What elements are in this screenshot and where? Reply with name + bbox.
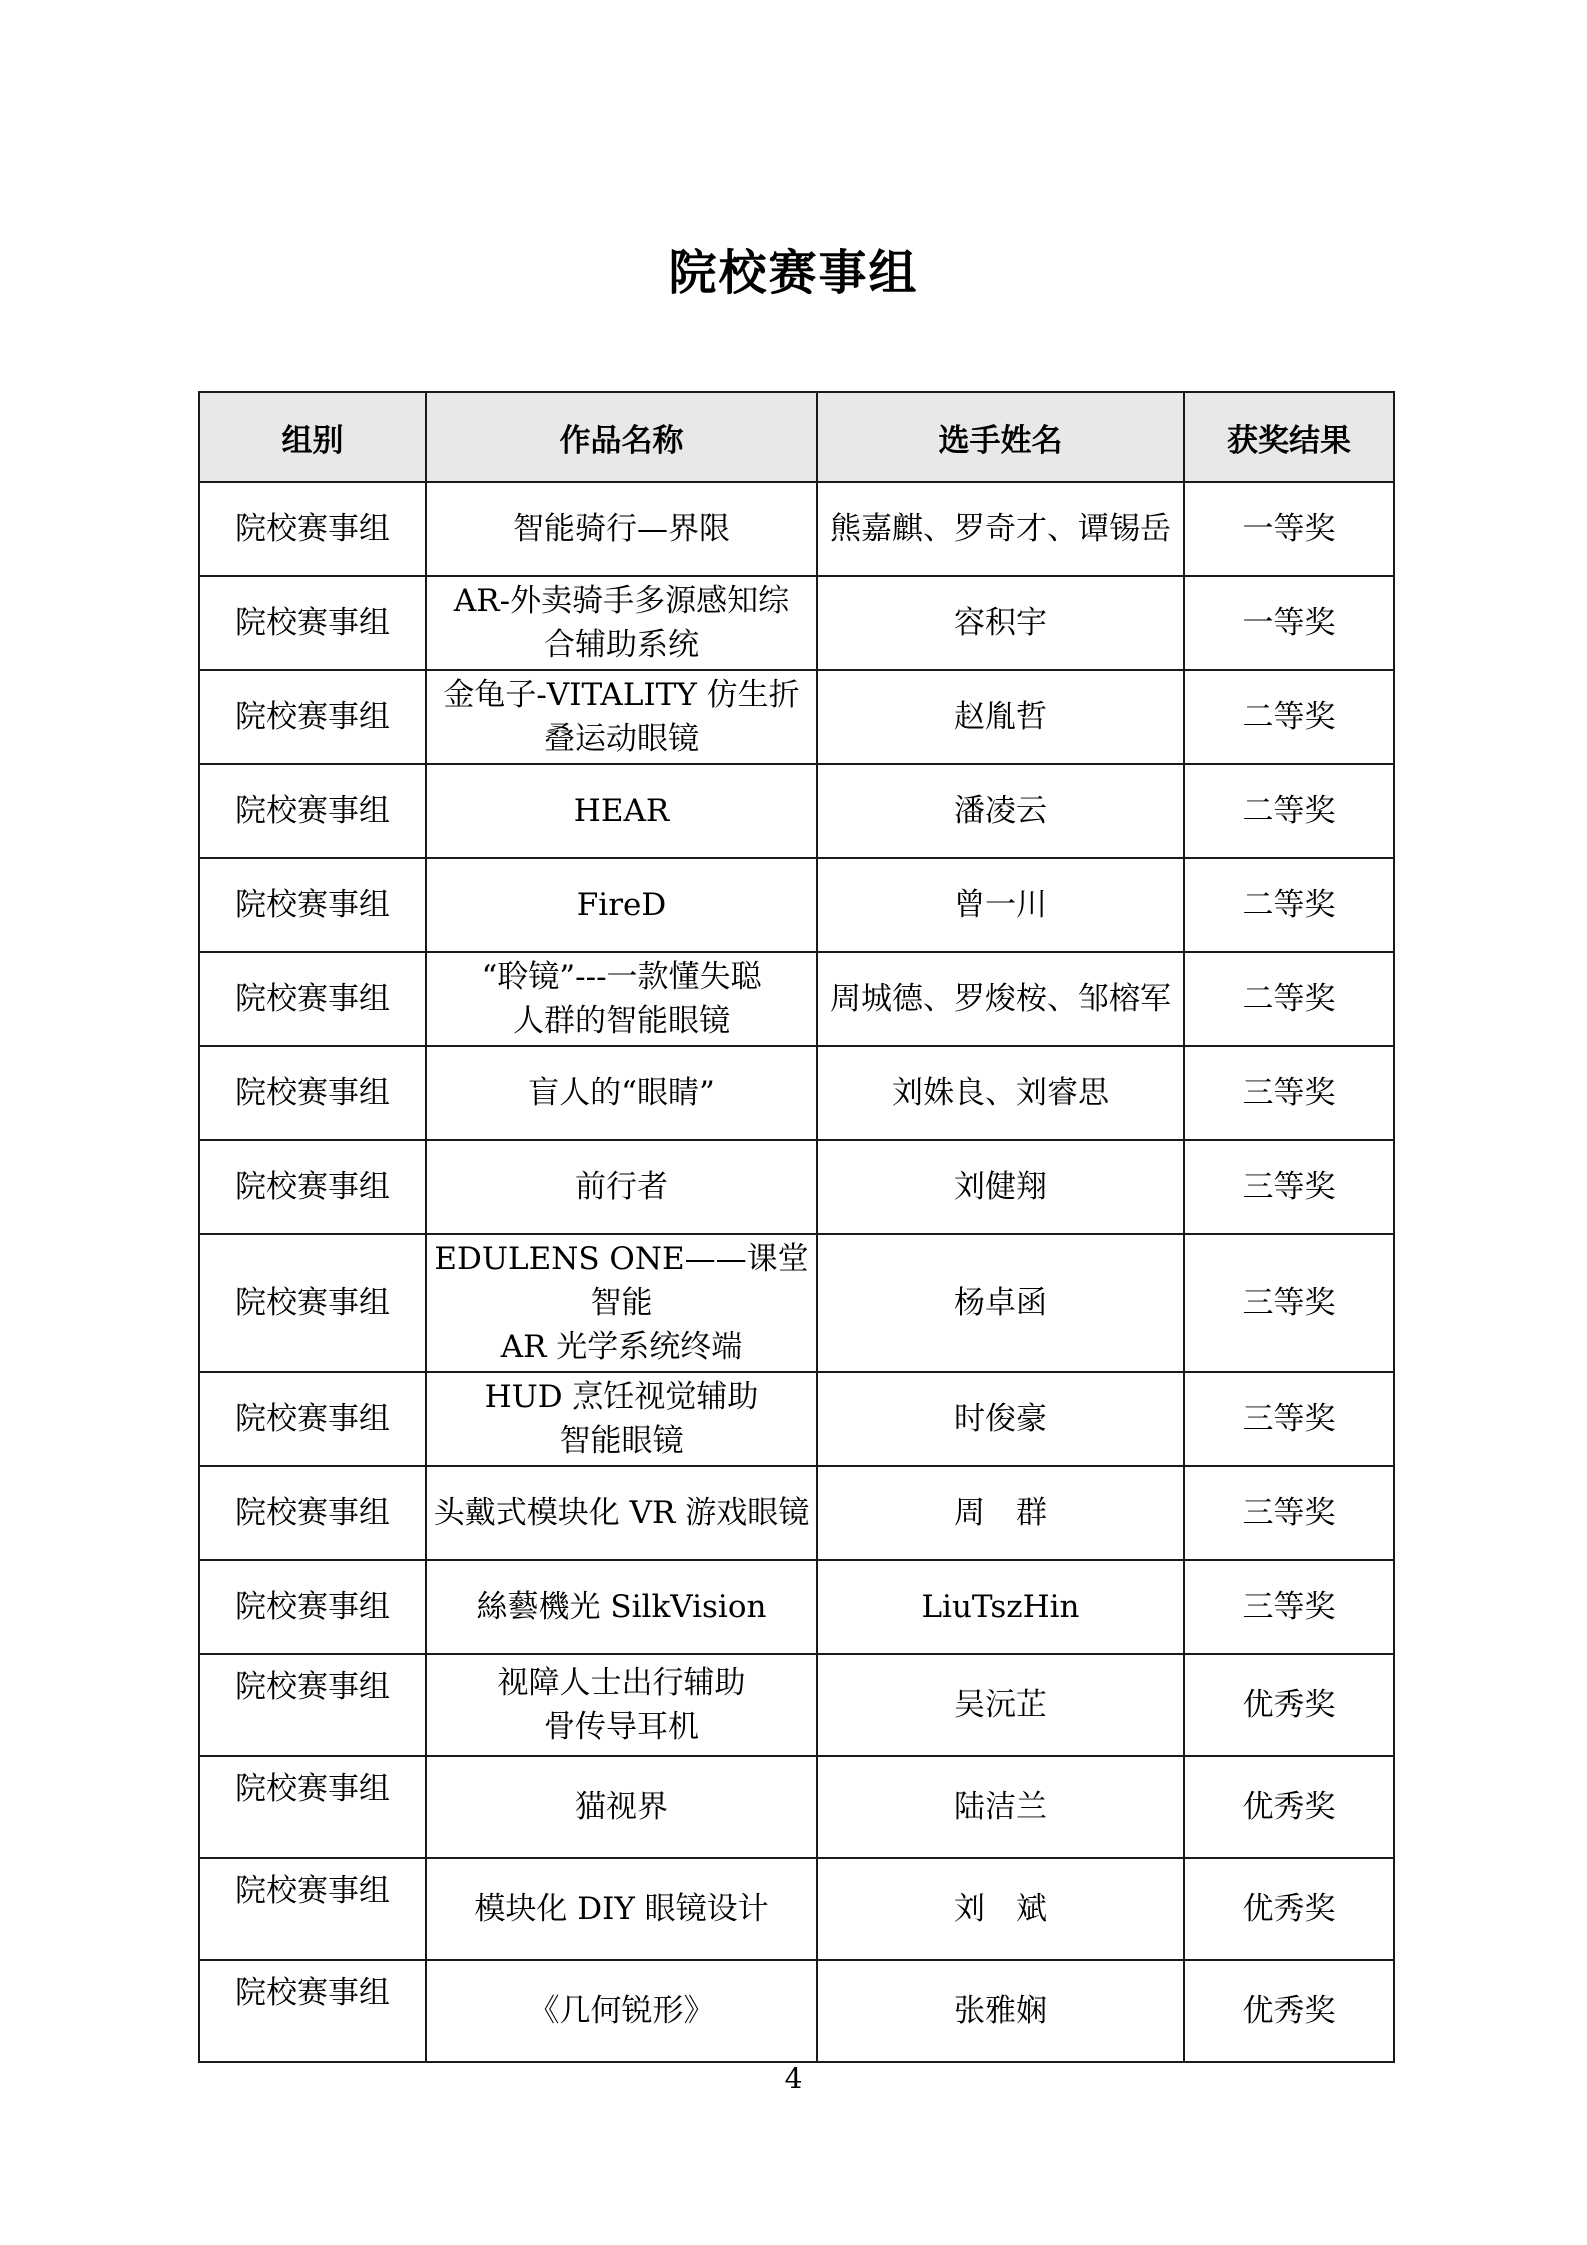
contestants-cell: 熊嘉麒、罗奇才、谭锡岳 <box>817 482 1184 576</box>
table-row: 院校赛事组 《几何锐形》 张雅娴 优秀奖 <box>199 1960 1394 2062</box>
work-name-cell: EDULENS ONE——课堂智能 AR 光学系统终端 <box>426 1234 817 1372</box>
work-name-cell: HEAR <box>426 764 817 858</box>
contestants-cell: 赵胤哲 <box>817 670 1184 764</box>
award-cell: 优秀奖 <box>1184 1654 1394 1756</box>
group-cell: 院校赛事组 <box>199 1560 426 1654</box>
contestants-cell: 张雅娴 <box>817 1960 1184 2062</box>
table-row: 院校赛事组 HUD 烹饪视觉辅助 智能眼镜 时俊豪 三等奖 <box>199 1372 1394 1466</box>
table-row: 院校赛事组 猫视界 陆洁兰 优秀奖 <box>199 1756 1394 1858</box>
award-cell: 三等奖 <box>1184 1234 1394 1372</box>
table-row: 院校赛事组 “聆镜”---一款懂失聪 人群的智能眼镜 周城德、罗焌桉、邹榕军 二… <box>199 952 1394 1046</box>
table-row: 院校赛事组 HEAR 潘凌云 二等奖 <box>199 764 1394 858</box>
contestants-cell: 容积宇 <box>817 576 1184 670</box>
award-cell: 三等奖 <box>1184 1560 1394 1654</box>
award-cell: 三等奖 <box>1184 1466 1394 1560</box>
work-name-cell: 《几何锐形》 <box>426 1960 817 2062</box>
work-name-cell: FireD <box>426 858 817 952</box>
table-row: 院校赛事组 FireD 曾一川 二等奖 <box>199 858 1394 952</box>
contestants-cell: 杨卓函 <box>817 1234 1184 1372</box>
work-name-cell: 前行者 <box>426 1140 817 1234</box>
work-name-cell: 絲藝機光 SilkVision <box>426 1560 817 1654</box>
table-row: 院校赛事组 视障人士出行辅助 骨传导耳机 吴沅芷 优秀奖 <box>199 1654 1394 1756</box>
award-cell: 优秀奖 <box>1184 1960 1394 2062</box>
header-award-result: 获奖结果 <box>1184 392 1394 482</box>
work-name-cell: 视障人士出行辅助 骨传导耳机 <box>426 1654 817 1756</box>
contestants-cell: 刘姝良、刘睿思 <box>817 1046 1184 1140</box>
awards-table: 组别 作品名称 选手姓名 获奖结果 院校赛事组 智能骑行—界限 熊嘉麒、罗奇才、… <box>198 391 1395 2063</box>
group-cell: 院校赛事组 <box>199 1466 426 1560</box>
contestants-cell: 刘 斌 <box>817 1858 1184 1960</box>
group-cell: 院校赛事组 <box>199 670 426 764</box>
table-row: 院校赛事组 金龟子-VITALITY 仿生折 叠运动眼镜 赵胤哲 二等奖 <box>199 670 1394 764</box>
group-cell: 院校赛事组 <box>199 952 426 1046</box>
group-cell: 院校赛事组 <box>199 1858 426 1960</box>
work-name-cell: 金龟子-VITALITY 仿生折 叠运动眼镜 <box>426 670 817 764</box>
contestants-cell: 潘凌云 <box>817 764 1184 858</box>
contestants-cell: 时俊豪 <box>817 1372 1184 1466</box>
table-header-row: 组别 作品名称 选手姓名 获奖结果 <box>199 392 1394 482</box>
award-cell: 二等奖 <box>1184 670 1394 764</box>
page-title: 院校赛事组 <box>0 234 1587 303</box>
header-work-name: 作品名称 <box>426 392 817 482</box>
award-cell: 三等奖 <box>1184 1046 1394 1140</box>
award-cell: 三等奖 <box>1184 1372 1394 1466</box>
award-cell: 二等奖 <box>1184 764 1394 858</box>
award-cell: 三等奖 <box>1184 1140 1394 1234</box>
work-name-cell: 头戴式模块化 VR 游戏眼镜 <box>426 1466 817 1560</box>
table-row: 院校赛事组 智能骑行—界限 熊嘉麒、罗奇才、谭锡岳 一等奖 <box>199 482 1394 576</box>
group-cell: 院校赛事组 <box>199 1756 426 1858</box>
award-cell: 二等奖 <box>1184 952 1394 1046</box>
work-name-cell: AR-外卖骑手多源感知综 合辅助系统 <box>426 576 817 670</box>
award-cell: 一等奖 <box>1184 482 1394 576</box>
group-cell: 院校赛事组 <box>199 1140 426 1234</box>
work-name-cell: 模块化 DIY 眼镜设计 <box>426 1858 817 1960</box>
contestants-cell: 周 群 <box>817 1466 1184 1560</box>
work-name-cell: 盲人的“眼睛” <box>426 1046 817 1140</box>
contestants-cell: 陆洁兰 <box>817 1756 1184 1858</box>
work-name-cell: “聆镜”---一款懂失聪 人群的智能眼镜 <box>426 952 817 1046</box>
group-cell: 院校赛事组 <box>199 1234 426 1372</box>
table-row: 院校赛事组 前行者 刘健翔 三等奖 <box>199 1140 1394 1234</box>
group-cell: 院校赛事组 <box>199 764 426 858</box>
group-cell: 院校赛事组 <box>199 1654 426 1756</box>
work-name-cell: 猫视界 <box>426 1756 817 1858</box>
work-name-cell: 智能骑行—界限 <box>426 482 817 576</box>
award-cell: 优秀奖 <box>1184 1858 1394 1960</box>
group-cell: 院校赛事组 <box>199 1372 426 1466</box>
contestants-cell: 曾一川 <box>817 858 1184 952</box>
header-contestant-name: 选手姓名 <box>817 392 1184 482</box>
award-cell: 二等奖 <box>1184 858 1394 952</box>
table-row: 院校赛事组 模块化 DIY 眼镜设计 刘 斌 优秀奖 <box>199 1858 1394 1960</box>
award-cell: 一等奖 <box>1184 576 1394 670</box>
table-body: 院校赛事组 智能骑行—界限 熊嘉麒、罗奇才、谭锡岳 一等奖 院校赛事组 AR-外… <box>199 482 1394 2062</box>
contestants-cell: LiuTszHin <box>817 1560 1184 1654</box>
group-cell: 院校赛事组 <box>199 1046 426 1140</box>
table-row: 院校赛事组 EDULENS ONE——课堂智能 AR 光学系统终端 杨卓函 三等… <box>199 1234 1394 1372</box>
group-cell: 院校赛事组 <box>199 576 426 670</box>
group-cell: 院校赛事组 <box>199 482 426 576</box>
group-cell: 院校赛事组 <box>199 858 426 952</box>
award-cell: 优秀奖 <box>1184 1756 1394 1858</box>
table-row: 院校赛事组 絲藝機光 SilkVision LiuTszHin 三等奖 <box>199 1560 1394 1654</box>
table-row: 院校赛事组 盲人的“眼睛” 刘姝良、刘睿思 三等奖 <box>199 1046 1394 1140</box>
work-name-cell: HUD 烹饪视觉辅助 智能眼镜 <box>426 1372 817 1466</box>
contestants-cell: 吴沅芷 <box>817 1654 1184 1756</box>
page-number: 4 <box>0 2062 1587 2095</box>
group-cell: 院校赛事组 <box>199 1960 426 2062</box>
contestants-cell: 刘健翔 <box>817 1140 1184 1234</box>
contestants-cell: 周城德、罗焌桉、邹榕军 <box>817 952 1184 1046</box>
table-row: 院校赛事组 AR-外卖骑手多源感知综 合辅助系统 容积宇 一等奖 <box>199 576 1394 670</box>
header-group: 组别 <box>199 392 426 482</box>
table-row: 院校赛事组 头戴式模块化 VR 游戏眼镜 周 群 三等奖 <box>199 1466 1394 1560</box>
